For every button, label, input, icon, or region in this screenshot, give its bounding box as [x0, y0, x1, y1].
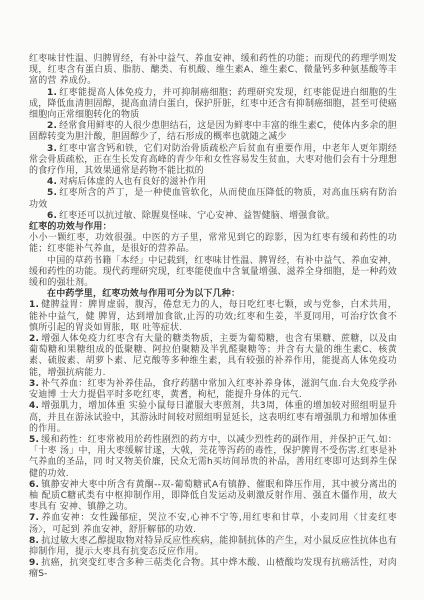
- benefit-item: 2.经常食用鲜枣的人很少患胆结石，这是因为鲜枣中丰富的维生素C，使体内多余的胆固…: [29, 121, 397, 143]
- function-item: 7.养血安神：女性躁郁症，哭泣不安,心神不宁等,用红枣和甘草，小麦同用〈甘麦红枣…: [29, 513, 397, 535]
- function-item-number: 5.: [29, 435, 39, 445]
- benefit-item-number: 2.: [47, 121, 57, 131]
- benefit-item-number: 5.: [47, 188, 57, 198]
- function-item-number: 4.: [29, 401, 39, 411]
- function-item: 8.抗过敏大枣乙醇提取物对特异反应性疾病，能抑制抗体的产生，对小鼠反应性抗体也有…: [29, 536, 397, 558]
- section-heading: 红枣的功效与作用：: [29, 222, 397, 233]
- function-item-number: 6.: [29, 480, 39, 490]
- herbal-book-paragraph: 中国的草药书籍「本经」中记载到，红枣味甘性温、脾胃经，有补中益气、养血安神，缓和…: [29, 256, 397, 290]
- subsection-heading: 在中药学里，红枣功效与作用可分为以下几种：: [29, 289, 397, 300]
- benefit-item-text: 对病后体虚的人也有良好的滋补作用: [59, 177, 206, 187]
- function-item-text: 补气养血：红枣为补养佳品，食疗药膳中常加入红枣补养身体，滋润气血.台大免疫学孙安…: [29, 379, 397, 400]
- function-item-number: 9.: [29, 558, 39, 568]
- summary-paragraph: 小小一颗红枣，功效很强。中医的方子里，常常见到它的踪影，因为红枣有缓和药性的功能…: [29, 233, 397, 255]
- benefit-item-number: 6.: [47, 211, 57, 221]
- benefit-item-text: 经常食用鲜枣的人很少患胆结石，这是因为鲜枣中丰富的维生素C，使体内多余的胆固醇转…: [29, 121, 397, 142]
- intro-paragraph: 红枣味甘性温、归脾胃经，有补中益气、养血安神、缓和药性的功能；而现代的药理学则发…: [29, 54, 397, 88]
- benefit-item-number: 3.: [47, 144, 57, 154]
- benefit-item: 5.红枣所含的芦丁，是一种使血管软化，从而使血压降低的物质，对高血压病有防治功效: [29, 188, 397, 210]
- function-item: 9.抗癌，抗突变红枣含多种三萜类化合物。其中烨木酸、山楂酸均发现有抗癌活性，对肉…: [29, 558, 397, 580]
- benefit-item-number: 1.: [47, 88, 57, 98]
- function-item-number: 1.: [29, 300, 39, 310]
- benefit-item: 3.红枣中富含钙和铁，它们对防治骨质疏松产后贫血有重要作用，中老年人更年期经常会…: [29, 144, 397, 178]
- function-item: 3.补气养血：红枣为补养佳品，食疗药膳中常加入红枣补养身体，滋润气血.台大免疫学…: [29, 379, 397, 401]
- function-item: 1.健脾益胃：脾胃虚弱，腹泻，倦怠无力的人，每日吃红枣七颗，或与党参，白术共用，…: [29, 300, 397, 334]
- document-text-block: 红枣味甘性温、归脾胃经，有补中益气、养血安神、缓和药性的功能；而现代的药理学则发…: [29, 54, 397, 581]
- benefit-item: 4.对病后体虚的人也有良好的滋补作用: [29, 177, 397, 188]
- benefit-item-text: 红枣能提高人体免疫力，并可抑制癌细胞；药理研究发现，红枣能促进白细胞的生成，降低…: [29, 88, 397, 120]
- function-item: 2.增强人体免疫力红枣含有大量的糖类物质，主要为葡萄糖，也含有果糖、蔗糖，以及由…: [29, 334, 397, 379]
- function-item-number: 3.: [29, 379, 39, 389]
- benefit-item: 1.红枣能提高人体免疫力，并可抑制癌细胞；药理研究发现，红枣能促进白细胞的生成，…: [29, 88, 397, 122]
- function-item-text: 缓和药性：红枣常被用於药性剧烈的药方中，以减少烈性药的副作用，并保护正气.如：「…: [29, 435, 397, 479]
- scanned-document-page: 红枣味甘性温、归脾胃经，有补中益气、养血安神、缓和药性的功能；而现代的药理学则发…: [0, 0, 424, 600]
- function-item: 4.增强肌力，增加体重 实验小鼠每日灌服大枣煎剂，共3周，体重的增加较对照组明显…: [29, 401, 397, 435]
- function-item: 5.缓和药性：红枣常被用於药性剧烈的药方中，以减少烈性药的副作用，并保护正气.如…: [29, 435, 397, 480]
- function-item-text: 抗过敏大枣乙醇提取物对特异反应性疾病，能抑制抗体的产生，对小鼠反应性抗体也有抑制…: [29, 536, 397, 557]
- function-item: 6.镇静安神大枣中所含有黄酮--双-葡萄糖甙A有镇静、催眠和降压作用，其中被分离…: [29, 480, 397, 514]
- benefit-item-text: 红枣中富含钙和铁，它们对防治骨质疏松产后贫血有重要作用，中老年人更年期经常会骨质…: [29, 144, 397, 176]
- blurred-text-remnant: [30, 541, 396, 546]
- function-item-text: 健脾益胃：脾胃虚弱，腹泻，倦怠无力的人，每日吃红枣七颗，或与党参，白术共用，能补…: [29, 300, 397, 332]
- benefit-item-number: 4.: [47, 177, 57, 187]
- function-item-text: 养血安神：女性躁郁症，哭泣不安,心神不宁等,用红枣和甘草，小麦同用〈甘麦红枣汤〉…: [29, 513, 397, 534]
- benefit-item-text: 红枣还可以抗过敏、除腥臭怪味、宁心安神、益智健脑、增强食欲。: [59, 211, 335, 221]
- benefit-item-text: 红枣所含的芦丁，是一种使血管软化，从而使血压降低的物质，对高血压病有防治功效: [29, 188, 397, 209]
- function-item-text: 增强肌力，增加体重 实验小鼠每日灌服大枣煎剂，共3周，体重的增加较对照组明显升高…: [29, 401, 397, 433]
- function-item-text: 镇静安神大枣中所含有黄酮--双-葡萄糖甙A有镇静、催眠和降压作用，其中被分离出的…: [29, 480, 397, 512]
- benefit-item: 6.红枣还可以抗过敏、除腥臭怪味、宁心安神、益智健脑、增强食欲。: [29, 211, 397, 222]
- function-item-number: 7.: [29, 513, 39, 523]
- function-item-text: 抗癌，抗突变红枣含多种三萜类化合物。其中烨木酸、山楂酸均发现有抗癌活性，对肉瘤S…: [29, 558, 397, 579]
- function-item-number: 2.: [29, 334, 39, 344]
- function-item-text: 增强人体免疫力红枣含有大量的糖类物质，主要为葡萄糖，也含有果糖、蔗糖，以及由葡萄…: [29, 334, 397, 378]
